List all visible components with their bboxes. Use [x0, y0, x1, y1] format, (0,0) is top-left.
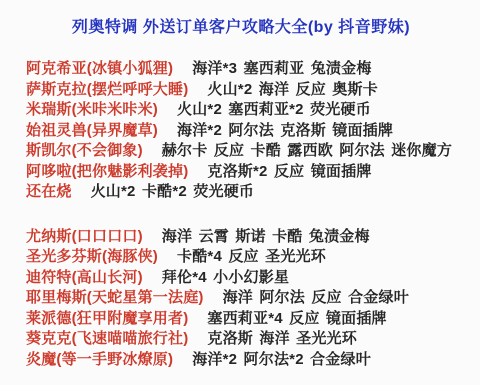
recipe-row: 莱派德(狂甲附魔享用者)塞西莉亚*4 反应 镜面插牌 — [26, 309, 470, 330]
recipe-section-1: 阿克希亚(冰镇小狐狸)海洋*3 塞西莉亚 兔渍金梅 萨斯克拉(摆烂呼呼大睡)火山… — [26, 59, 470, 203]
guide-document: 列奥特调 外送订单客户攻略大全(by 抖音野妹) 阿克希亚(冰镇小狐狸)海洋*3… — [0, 0, 480, 385]
customer-name: 阿克希亚(冰镇小狐狸) — [26, 60, 173, 77]
recipe-text: 海洋 云霄 斯诺 卡酷 兔渍金梅 — [162, 228, 370, 245]
recipe-text: 火山*2 海洋 反应 奥斯卡 — [207, 81, 377, 98]
recipe-text: 海洋*2 阿尔法*2 合金绿叶 — [192, 351, 371, 368]
recipe-text: 克洛斯*2 反应 镜面插牌 — [207, 163, 371, 180]
page-title: 列奥特调 外送订单客户攻略大全(by 抖音野妹) — [26, 14, 470, 37]
recipe-row: 米瑞斯(米咔米咔米)火山*2 塞西莉亚*2 荧光硬币 — [26, 100, 470, 121]
recipe-text: 海洋*2 阿尔法 克洛斯 镜面插牌 — [177, 122, 393, 139]
recipe-text: 克洛斯 海洋 圣光光环 — [207, 330, 357, 347]
recipe-text: 拜伦*4 小小幻影星 — [162, 269, 289, 286]
customer-name: 炎魔(等一手野冰燎原) — [26, 351, 173, 368]
customer-name: 尤纳斯(口口口口) — [26, 228, 143, 245]
recipe-text: 塞西莉亚*4 反应 镜面插牌 — [207, 310, 386, 327]
recipe-section-2: 尤纳斯(口口口口)海洋 云霄 斯诺 卡酷 兔渍金梅 圣光多芬斯(海豚侠)卡酷*4… — [26, 227, 470, 371]
recipe-text: 卡酷*4 反应 圣光光环 — [177, 248, 326, 265]
recipe-row: 耶里梅斯(天蛇星第一法庭)海洋 阿尔法 反应 合金绿叶 — [26, 288, 470, 309]
recipe-row: 还在烧火山*2 卡酷*2 荧光硬币 — [26, 182, 470, 203]
recipe-text: 火山*2 塞西莉亚*2 荧光硬币 — [177, 101, 371, 118]
recipe-row: 始祖灵兽(异界魔草)海洋*2 阿尔法 克洛斯 镜面插牌 — [26, 121, 470, 142]
customer-name: 萨斯克拉(摆烂呼呼大睡) — [26, 81, 188, 98]
recipe-row: 萨斯克拉(摆烂呼呼大睡)火山*2 海洋 反应 奥斯卡 — [26, 80, 470, 101]
customer-name: 始祖灵兽(异界魔草) — [26, 122, 158, 139]
customer-name: 米瑞斯(米咔米咔米) — [26, 101, 158, 118]
customer-name: 斯凯尔(不会御象) — [26, 142, 143, 159]
customer-name: 耶里梅斯(天蛇星第一法庭) — [26, 289, 204, 306]
customer-name: 莱派德(狂甲附魔享用者) — [26, 310, 188, 327]
customer-name: 还在烧 — [26, 183, 72, 200]
recipe-text: 火山*2 卡酷*2 荧光硬币 — [91, 183, 255, 200]
recipe-row: 阿克希亚(冰镇小狐狸)海洋*3 塞西莉亚 兔渍金梅 — [26, 59, 470, 80]
customer-name: 葵克克(飞速喵喵旅行社) — [26, 330, 188, 347]
recipe-row: 葵克克(飞速喵喵旅行社)克洛斯 海洋 圣光光环 — [26, 329, 470, 350]
recipe-row: 迪符特(高山长河)拜伦*4 小小幻影星 — [26, 268, 470, 289]
recipe-row: 炎魔(等一手野冰燎原)海洋*2 阿尔法*2 合金绿叶 — [26, 350, 470, 371]
recipe-row: 圣光多芬斯(海豚侠)卡酷*4 反应 圣光光环 — [26, 247, 470, 268]
customer-name: 圣光多芬斯(海豚侠) — [26, 248, 158, 265]
customer-name: 阿哆啦(把你魅影利袭掉) — [26, 163, 188, 180]
customer-name: 迪符特(高山长河) — [26, 269, 143, 286]
recipe-row: 阿哆啦(把你魅影利袭掉)克洛斯*2 反应 镜面插牌 — [26, 162, 470, 183]
recipe-text: 赫尔卡 反应 卡酷 露西欧 阿尔法 迷你魔方 — [162, 142, 452, 159]
recipe-row: 斯凯尔(不会御象)赫尔卡 反应 卡酷 露西欧 阿尔法 迷你魔方 — [26, 141, 470, 162]
recipe-row: 尤纳斯(口口口口)海洋 云霄 斯诺 卡酷 兔渍金梅 — [26, 227, 470, 248]
recipe-text: 海洋 阿尔法 反应 合金绿叶 — [223, 289, 409, 306]
recipe-text: 海洋*3 塞西莉亚 兔渍金梅 — [192, 60, 371, 77]
